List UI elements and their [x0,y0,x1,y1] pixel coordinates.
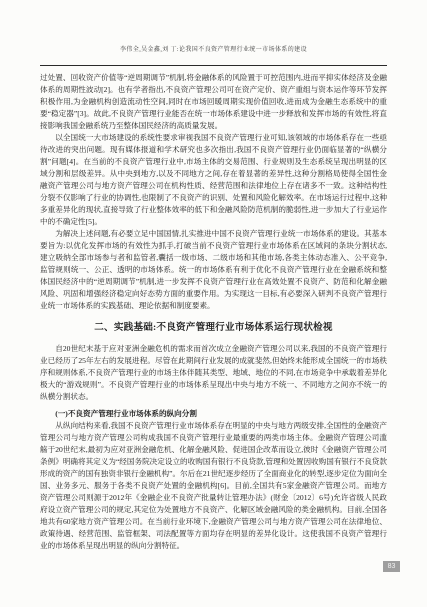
paragraph-continuation: 过处置、回收资产价值等“逆周期调节”机制,将金融体系的风险置于可控范围内,进而平… [40,72,387,132]
paragraph-market-fragmentation: 以全国统一大市场建设的系统性要求审视我国不良资产管理行业可知,该领域的市场体系存… [40,132,387,228]
running-header: 李伟全,吴金鑫,刘 丁:论我国不良资产管理行业统一市场体系的建设 [40,44,387,53]
subsection-heading: (一)不良资产管理行业市场体系的纵向分割 [40,408,387,420]
paragraph-unified-market-proposal: 为解决上述问题,有必要立足中国国情,扎实推进中国不良资产管理行业统一市场体系的建… [40,228,387,312]
page-number-badge: 83 [383,561,400,572]
article-body: 过处置、回收资产价值等“逆周期调节”机制,将金融体系的风险置于可控范围内,进而平… [40,72,387,552]
paragraph-vertical-segmentation: 从纵向结构来看,我国不良资产管理行业市场体系存在明显的中央与地方两级安排,全国性… [40,420,387,552]
section-heading: 二、实践基础:不良资产管理行业市场体系运行现状检视 [40,322,387,334]
header-rule [40,65,387,66]
paragraph-industry-history: 自20世纪末基于应对亚洲金融危机的需求而首次成立金融资产管理公司以来,我国的不良… [40,343,387,403]
journal-page: 李伟全,吴金鑫,刘 丁:论我国不良资产管理行业统一市场体系的建设 过处置、回收资… [0,0,427,607]
